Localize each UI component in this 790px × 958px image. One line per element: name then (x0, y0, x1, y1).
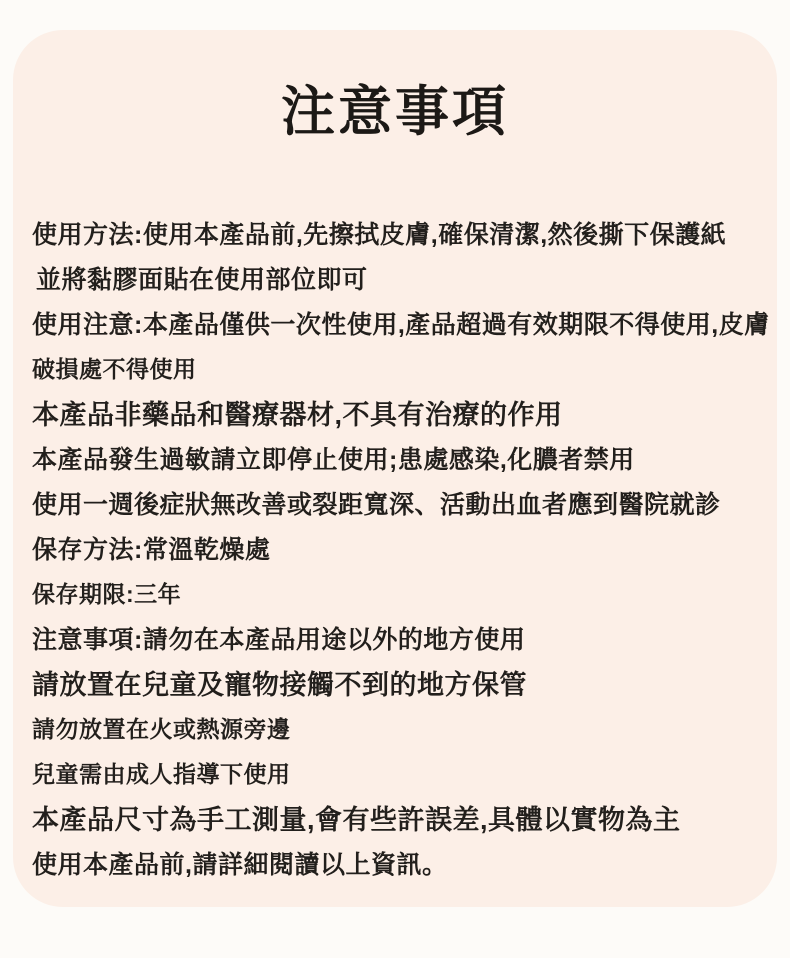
notice-text-block: 使用方法:使用本產品前,先擦拭皮膚,確保清潔,然後撕下保護紙 並將黏膠面貼在使用… (18, 210, 767, 885)
notice-line: 使用本產品前,請詳細閱讀以上資訊。 (18, 840, 767, 885)
notice-line: 本產品非藥品和醫療器材,不具有治療的作用 (18, 390, 767, 435)
notice-line: 並將黏膠面貼在使用部位即可 (18, 255, 767, 300)
notice-card: 注意事項 使用方法:使用本產品前,先擦拭皮膚,確保清潔,然後撕下保護紙 並將黏膠… (13, 30, 777, 907)
notice-line: 本產品發生過敏請立即停止使用;患處感染,化膿者禁用 (18, 435, 767, 480)
notice-line: 請放置在兒童及寵物接觸不到的地方保管 (18, 660, 767, 705)
page-background: { "page": { "title": "注意事項" }, "notice":… (0, 0, 790, 958)
notice-line: 本產品尺寸為手工測量,會有些許誤差,具體以實物為主 (18, 795, 767, 840)
notice-line: 保存方法:常溫乾燥處 (18, 525, 767, 570)
notice-line: 請勿放置在火或熱源旁邊 (18, 705, 767, 750)
notice-line: 保存期限:三年 (18, 570, 767, 615)
notice-line: 注意事項:請勿在本產品用途以外的地方使用 (18, 615, 767, 660)
notice-line: 使用一週後症狀無改善或裂距寬深、活動出血者應到醫院就診 (18, 480, 767, 525)
notice-line: 使用注意:本產品僅供一次性使用,產品超過有效期限不得使用,皮膚 (18, 300, 767, 345)
notice-line: 破損處不得使用 (18, 345, 767, 390)
notice-line: 使用方法:使用本產品前,先擦拭皮膚,確保清潔,然後撕下保護紙 (18, 210, 767, 255)
page-title: 注意事項 (13, 75, 777, 149)
notice-line: 兒童需由成人指導下使用 (18, 750, 767, 795)
